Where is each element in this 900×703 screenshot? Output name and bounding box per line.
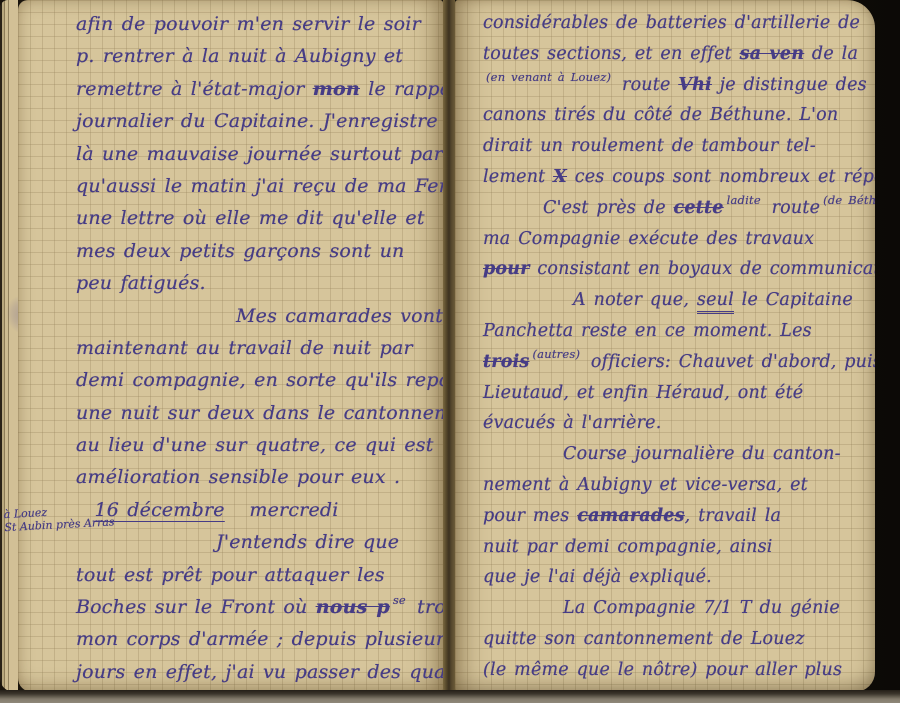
handwriting-segment-n: Boches sur le Front où: [76, 596, 316, 618]
handwritten-line: Course journalière du canton-: [483, 439, 871, 470]
handwriting-segment-n: quitte son cantonnement de Louez: [483, 629, 805, 649]
handwriting-segment-n: de la: [804, 44, 858, 64]
handwriting-segment-n: La Compagnie 7/1 T du génie: [563, 598, 840, 618]
handwritten-line: peu fatigués.: [76, 267, 437, 299]
handwriting-segment-n: ma Compagnie exécute des travaux: [483, 229, 814, 249]
handwriting-segment-ins: ladite: [727, 195, 761, 205]
handwritten-line: lement X ces coups sont nombreux et répé…: [483, 162, 871, 193]
handwritten-line: (le même que le nôtre) pour aller plus: [483, 655, 871, 686]
notebook-scan: afin de pouvoir m'en servir le soirp. re…: [0, 0, 900, 703]
left-page-text: afin de pouvoir m'en servir le soirp. re…: [18, 0, 443, 688]
handwriting-segment-st: cette: [674, 198, 724, 218]
handwriting-segment-ins: (en venant à Louez): [486, 72, 611, 82]
handwriting-segment-n: lement: [483, 167, 553, 187]
handwritten-line: tout est prêt pour attaquer les: [76, 559, 437, 591]
handwriting-segment-n: peu fatigués.: [76, 272, 206, 294]
stacked-page-edges: [0, 0, 18, 692]
handwritten-line: considérables de batteries d'artillerie …: [483, 8, 871, 39]
handwritten-line: p. rentrer à la nuit à Aubigny et: [76, 40, 437, 72]
handwriting-segment-ins: (de Béthune): [823, 195, 875, 205]
handwritten-line: une lettre où elle me dit qu'elle et: [76, 202, 437, 234]
handwritten-line: Mes camarades vont: [76, 300, 437, 332]
handwriting-segment-st: pour: [483, 259, 530, 279]
handwriting-segment-n: considérables de batteries d'artillerie …: [483, 13, 860, 33]
handwriting-segment-n: p. rentrer à la nuit à Aubigny et: [76, 45, 403, 67]
handwriting-segment-n: officiers: Chauvet d'abord, puis: [583, 352, 875, 372]
handwritten-line: canons tirés du côté de Béthune. L'on: [483, 100, 871, 131]
handwritten-line: toutes sections, et en effet sa ven de l…: [483, 39, 871, 70]
handwriting-segment-n: pour mes: [483, 506, 577, 526]
handwriting-segment-n: une lettre où elle me dit qu'elle et: [76, 207, 425, 229]
handwriting-segment-st: mon: [313, 78, 360, 100]
handwriting-segment-n: Panchetta reste en ce moment. Les: [483, 321, 812, 341]
handwritten-line: Boches sur le Front où nous pse trouve: [76, 591, 437, 623]
left-page: afin de pouvoir m'en servir le soirp. re…: [18, 0, 443, 692]
handwritten-line: une nuit sur deux dans le cantonnement: [76, 397, 437, 429]
handwritten-line: amélioration sensible pour eux .: [76, 461, 437, 493]
handwritten-line: A noter que, seul le Capitaine: [483, 285, 871, 316]
handwriting-segment-n: (le même que le nôtre) pour aller plus: [483, 660, 842, 680]
handwriting-segment-n: route: [614, 75, 678, 95]
handwriting-segment-n: J'entends dire que: [216, 531, 399, 553]
handwriting-segment-uu: seul: [697, 290, 734, 314]
handwriting-segment-n: au lieu d'une sur quatre, ce qui est une: [76, 434, 443, 456]
handwriting-segment-n: ces coups sont nombreux et répétés.: [567, 167, 875, 187]
handwritten-line: La Compagnie 7/1 T du génie: [483, 593, 871, 624]
binding-gutter: [443, 0, 455, 692]
handwritten-line: maintenant au travail de nuit par: [76, 332, 437, 364]
handwriting-segment-n: C'est près de: [543, 198, 674, 218]
handwriting-segment-n: Course journalière du canton-: [563, 444, 841, 464]
handwriting-segment-n: une nuit sur deux dans le cantonnement: [76, 402, 443, 424]
handwriting-segment-ins: (autres): [532, 349, 580, 359]
handwritten-line: ma Compagnie exécute des travaux: [483, 224, 871, 255]
handwriting-segment-n: Mes camarades vont: [236, 305, 443, 327]
handwriting-segment-n: nuit par demi compagnie, ainsi: [483, 537, 773, 557]
right-page-text: considérables de batteries d'artillerie …: [455, 0, 875, 686]
handwritten-line: dirait un roulement de tambour tel-: [483, 131, 871, 162]
handwriting-segment-n: amélioration sensible pour eux .: [76, 466, 400, 488]
handwritten-line: quitte son cantonnement de Louez: [483, 624, 871, 655]
handwriting-segment-n: route: [764, 198, 820, 218]
handwritten-line: au lieu d'une sur quatre, ce qui est une: [76, 429, 437, 461]
handwritten-line: nuit par demi compagnie, ainsi: [483, 532, 871, 563]
handwriting-segment-n: journalier du Capitaine. J'enregistre: [76, 110, 438, 132]
handwriting-segment-n: Lieutaud, et enfin Héraud, ont été: [483, 383, 803, 403]
handwriting-segment-n: nement à Aubigny et vice-versa, et: [483, 475, 808, 495]
handwritten-line: jours en effet, j'ai vu passer des quant…: [76, 656, 437, 688]
handwritten-line: trois(autres) officiers: Chauvet d'abord…: [483, 347, 871, 378]
handwritten-line: évacués à l'arrière.: [483, 408, 871, 439]
handwriting-segment-n: évacués à l'arrière.: [483, 413, 661, 433]
handwritten-line: journalier du Capitaine. J'enregistre: [76, 105, 437, 137]
handwritten-line: que je l'ai déjà expliqué.: [483, 562, 871, 593]
handwriting-segment-st: X: [553, 167, 567, 187]
handwriting-segment-n: maintenant au travail de nuit par: [76, 337, 413, 359]
handwritten-line: pour mes camarades, travail la: [483, 501, 871, 532]
handwriting-segment-n: le rapport: [360, 78, 443, 100]
handwriting-segment-st: Vhi: [678, 75, 712, 95]
handwriting-segment-n: le Capitaine: [734, 290, 853, 310]
handwriting-segment-n: demi compagnie, en sorte qu'ils reposent: [76, 369, 443, 391]
handwritten-line: remettre à l'état-major mon le rapport: [76, 73, 437, 105]
handwriting-segment-st: trois: [483, 352, 529, 372]
handwriting-segment-n: , travail la: [685, 506, 781, 526]
handwritten-line: 16 décembre mercredi: [76, 494, 437, 526]
handwritten-line: Lieutaud, et enfin Héraud, ont été: [483, 378, 871, 409]
handwriting-segment-n: qu'aussi le matin j'ai reçu de ma Femme: [76, 175, 443, 197]
handwritten-line: (en venant à Louez) route Vhi je disting…: [483, 70, 871, 101]
handwritten-line: J'entends dire que: [76, 526, 437, 558]
handwriting-segment-st: camarades: [577, 506, 684, 526]
handwriting-segment-n: dirait un roulement de tambour tel-: [483, 136, 816, 156]
handwriting-segment-n: canons tirés du côté de Béthune. L'on: [483, 105, 838, 125]
handwriting-segment-n: A noter que,: [573, 290, 697, 310]
handwritten-line: nement à Aubigny et vice-versa, et: [483, 470, 871, 501]
handwriting-segment-n: mercredi: [225, 499, 339, 521]
handwritten-line: là une mauvaise journée surtout parce: [76, 138, 437, 170]
handwriting-segment-n: toutes sections, et en effet: [483, 44, 740, 64]
handwriting-segment-n: consistant en boyaux de communication: [530, 259, 875, 279]
table-edge-strip: [0, 690, 900, 703]
handwritten-line: mon corps d'armée ; depuis plusieurs: [76, 623, 437, 655]
handwriting-segment-n: que je l'ai déjà expliqué.: [483, 567, 712, 587]
handwriting-segment-n: tout est prêt pour attaquer les: [76, 564, 385, 586]
handwriting-segment-n: jours en effet, j'ai vu passer des quant…: [76, 661, 443, 683]
handwriting-segment-n: mon corps d'armée ; depuis plusieurs: [76, 628, 443, 650]
handwriting-segment-n: afin de pouvoir m'en servir le soir: [76, 13, 421, 35]
handwritten-line: afin de pouvoir m'en servir le soir: [76, 8, 437, 40]
handwritten-line: pour consistant en boyaux de communicati…: [483, 254, 871, 285]
handwriting-segment-st: sa ven: [740, 44, 805, 64]
handwriting-segment-n: je distingue des coups de: [712, 75, 875, 95]
handwritten-line: C'est près de cetteladite route(de Béthu…: [483, 193, 871, 224]
handwriting-segment-st: nous p: [316, 596, 390, 618]
handwriting-segment-n: trouve: [409, 596, 443, 618]
handwriting-segment-n: remettre à l'état-major: [76, 78, 313, 100]
right-page: considérables de batteries d'artillerie …: [455, 0, 875, 692]
handwritten-line: mes deux petits garçons sont un: [76, 235, 437, 267]
handwriting-segment-n: là une mauvaise journée surtout parce: [76, 143, 443, 165]
handwriting-segment-ins: se: [393, 595, 406, 605]
handwritten-line: demi compagnie, en sorte qu'ils reposent: [76, 364, 437, 396]
handwritten-line: Panchetta reste en ce moment. Les: [483, 316, 871, 347]
handwritten-line: qu'aussi le matin j'ai reçu de ma Femme: [76, 170, 437, 202]
handwriting-segment-n: mes deux petits garçons sont un: [76, 240, 404, 262]
